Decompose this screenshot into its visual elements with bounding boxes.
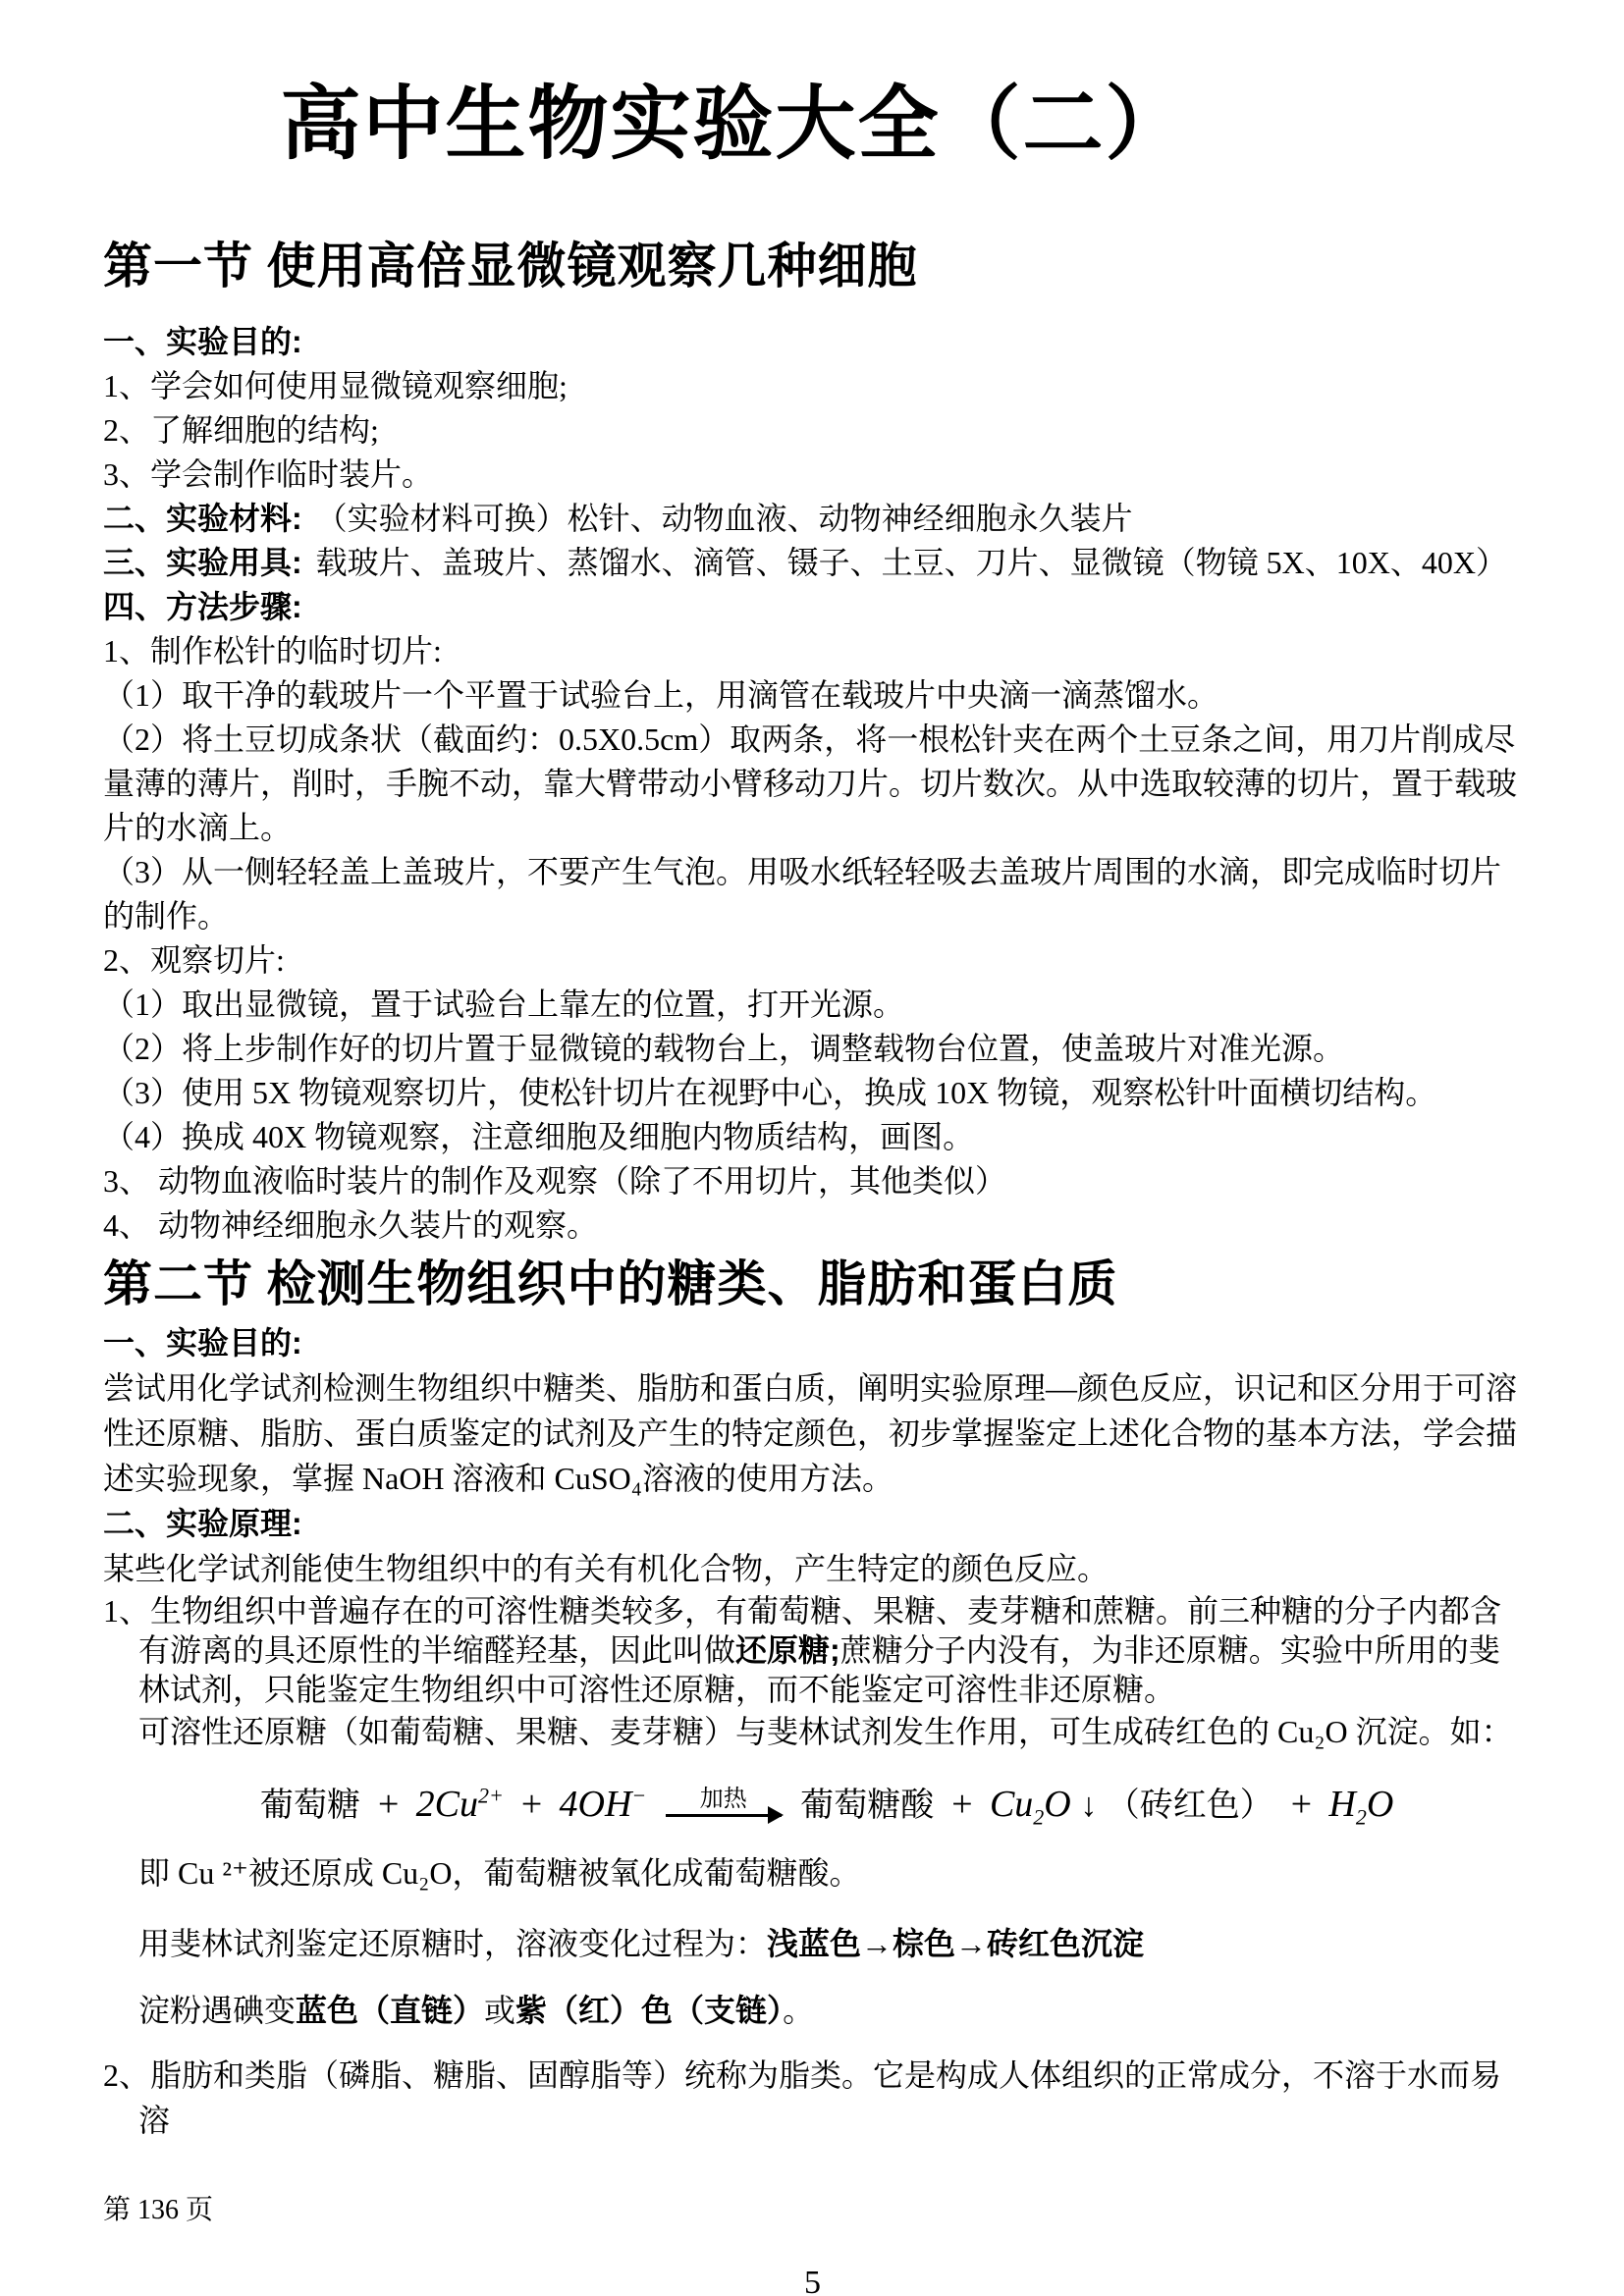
step-line: （3）使用 5X 物镜观察切片，使松针切片在视野中心，换成 10X 物镜，观察松… [103,1071,1522,1115]
materials-text: （实验材料可换）松针、动物血液、动物神经细胞永久装片 [316,501,1133,536]
principle-label-text: 二、实验原理: [103,1506,302,1541]
plus-operator: + [1288,1784,1314,1825]
copper-charge-superscript: 2+ [478,1783,504,1807]
step-line: 2、观察切片: [103,938,1522,983]
plus-operator: + [376,1784,402,1825]
section1-heading: 第一节 使用高倍显微镜观察几种细胞 [103,236,1522,296]
hydrogen-symbol: H [1328,1784,1355,1825]
key-term-reducing-sugar: 还原糖; [735,1632,840,1668]
section1-steps-label: 四、方法步骤: [103,585,1522,629]
arrow-line [666,1814,782,1817]
step-line: （3）从一侧轻轻盖上盖玻片，不要产生气泡。用吸水纸轻轻吸去盖玻片周围的水滴，即完… [103,850,1522,938]
section2-purpose-label: 一、实验目的: [103,1320,1522,1365]
starch-purple-term: 紫（红）色（支链） [515,1993,783,2028]
reaction-arrow: 加热 [666,1787,782,1817]
section1-tools-line: 三、实验用具:载玻片、盖玻片、蒸馏水、滴管、镊子、土豆、刀片、显微镜（物镜 5X… [103,541,1522,585]
water-subscript: 2 [1356,1805,1367,1830]
hydroxide-term: 4OH [560,1784,632,1825]
fehling-reaction-line: 可溶性还原糖（如葡萄糖、果糖、麦芽糖）与斐林试剂发生作用，可生成砖红色的 Cu₂… [103,1709,1522,1754]
equation-product-gluconic-acid: 葡萄糖酸 [800,1788,934,1824]
equation-reactant-glucose: 葡萄糖 [260,1788,360,1824]
tools-text: 载玻片、盖玻片、蒸馏水、滴管、镊子、土豆、刀片、显微镜（物镜 5X、10X、40… [316,545,1507,580]
steps-label-text: 四、方法步骤: [103,589,302,624]
step-line: 4、 动物神经细胞永久装片的观察。 [103,1203,1522,1248]
starch-prefix: 淀粉遇碘变 [138,1993,296,2028]
brick-red-note: （砖红色） [1107,1788,1273,1824]
fehling-color-change-line: 用斐林试剂鉴定还原糖时，溶液变化过程为：浅蓝色→棕色→砖红色沉淀 [103,1921,1522,1966]
tools-label: 三、实验用具: [103,545,302,580]
footer-page-label: 第 136 页 [103,2188,1522,2227]
starch-or: 或 [484,1993,515,2028]
materials-label: 二、实验材料: [103,501,302,536]
equation-term-water: H2O [1328,1784,1393,1825]
item-text: 脂肪和类脂（磷脂、糖脂、固醇脂等）统称为脂类。它是构成人体组织的正常成分，不溶于… [138,2057,1501,2138]
cuprous-oxide-subscript: 2 [1033,1805,1044,1830]
color-change-prefix: 用斐林试剂鉴定还原糖时，溶液变化过程为： [138,1926,767,1961]
step-line: （2）将土豆切成条状（截面约：0.5X0.5cm）取两条，将一根松针夹在两个土豆… [103,718,1522,850]
hydroxide-charge-superscript: − [631,1783,646,1807]
principle-intro: 某些化学试剂能使生物组织中的有关有机化合物，产生特定的颜色反应。 [103,1546,1522,1591]
step-line: （1）取干净的载玻片一个平置于试验台上，用滴管在载玻片中央滴一滴蒸馏水。 [103,673,1522,718]
item-number: 2、 [103,2057,150,2093]
step-line: （2）将上步制作好的切片置于显微镜的载物台上，调整载物台位置，使盖玻片对准光源。 [103,1027,1522,1071]
equation-term-copper-ion: 2Cu2+ [416,1784,504,1825]
step-line: （1）取出显微镜，置于试验台上靠左的位置，打开光源。 [103,983,1522,1027]
plus-operator: + [518,1784,544,1825]
section1-purpose-label: 一、实验目的: [103,320,1522,364]
chemical-equation: 葡萄糖 + 2Cu2+ + 4OH− 加热 葡萄糖酸 + Cu2O ↓ （砖红色… [103,1770,1522,1839]
step-line: 3、 动物血液临时装片的制作及观察（除了不用切片，其他类似） [103,1159,1522,1203]
document-title: 高中生物实验大全（二） [103,77,1522,173]
reaction-condition-heat: 加热 [700,1787,747,1812]
section2-purpose-paragraph: 尝试用化学试剂检测生物组织中糖类、脂肪和蛋白质，阐明实验原理—颜色反应，识记和区… [103,1365,1522,1501]
principle-item-2: 2、脂肪和类脂（磷脂、糖脂、固醇脂等）统称为脂类。它是构成人体组织的正常成分，不… [103,2053,1522,2143]
purpose-item: 3、学会制作临时装片。 [103,453,1522,497]
purpose-label-text: 一、实验目的: [103,1325,302,1361]
copper-reduction-line: 即 Cu ²⁺被还原成 Cu₂O，葡萄糖被氧化成葡萄糖酸。 [103,1850,1522,1896]
step-line: 1、制作松针的临时切片: [103,629,1522,673]
step-line: （4）换成 40X 物镜观察，注意细胞及细胞内物质结构，画图。 [103,1115,1522,1159]
starch-period: 。 [783,1993,814,2028]
color-change-sequence: 浅蓝色→棕色→砖红色沉淀 [767,1926,1144,1961]
plus-operator: + [949,1784,975,1825]
section1-materials-line: 二、实验材料:（实验材料可换）松针、动物血液、动物神经细胞永久装片 [103,497,1522,541]
principle-item-1: 1、生物组织中普遍存在的可溶性糖类较多，有葡萄糖、果糖、麦芽糖和蔗糖。前三种糖的… [103,1591,1522,1709]
copper-coefficient: 2Cu [416,1784,478,1825]
precipitate-down-arrow: ↓ [1080,1788,1097,1824]
oxygen-symbol: O [1044,1784,1070,1825]
document-page: 高中生物实验大全（二） 第一节 使用高倍显微镜观察几种细胞 一、实验目的: 1、… [0,0,1624,2296]
equation-term-cuprous-oxide: Cu2O [990,1784,1071,1825]
purpose-item: 2、了解细胞的结构; [103,408,1522,453]
item-number: 1、 [103,1593,150,1629]
starch-iodine-line: 淀粉遇碘变蓝色（直链）或紫（红）色（支链）。 [103,1988,1522,2033]
section2-principle-label: 二、实验原理: [103,1501,1522,1546]
page-number: 5 [103,2265,1522,2296]
equation-term-hydroxide: 4OH− [560,1784,647,1825]
oxygen-symbol: O [1367,1784,1393,1825]
section2-heading: 第二节 检测生物组织中的糖类、脂肪和蛋白质 [103,1254,1522,1314]
starch-blue-term: 蓝色（直链） [296,1993,484,2028]
purpose-label-text: 一、实验目的: [103,324,302,359]
copper-symbol: Cu [990,1784,1033,1825]
purpose-item: 1、学会如何使用显微镜观察细胞; [103,364,1522,408]
